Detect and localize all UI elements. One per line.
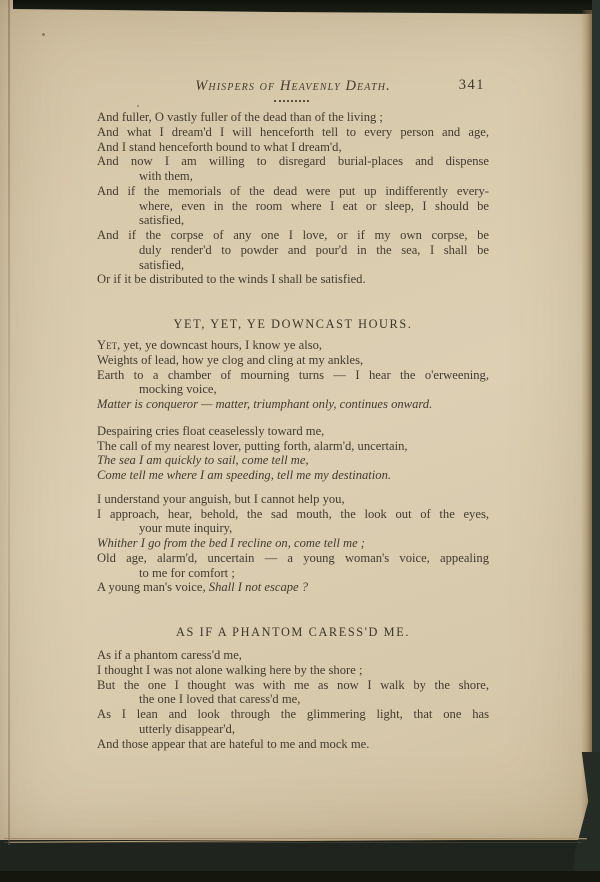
poem-line-segment: And if the corpse of any one I love, or … [97, 228, 489, 242]
poem-line-italic-segment: Come tell me where I am speeding, tell m… [97, 468, 391, 482]
poem-line-segment: I approach, hear, behold, the sad mouth,… [97, 507, 489, 521]
poem-text-block: And fuller, O vastly fuller of the dead … [97, 110, 489, 751]
poem-line-segment: Old age, alarm'd, uncertain — a young wo… [97, 551, 489, 565]
poem-line-segment: Yet [97, 338, 117, 352]
poem-line: I approach, hear, behold, the sad mouth,… [97, 507, 489, 522]
poem-line: And what I dream'd I will henceforth tel… [97, 125, 489, 140]
poem-line-segment: A young man's voice, [97, 580, 209, 594]
poem-line-segment: But the one I thought was with me as now… [97, 678, 489, 692]
poem-line: the one I loved that caress'd me, [97, 692, 489, 707]
poem-line-segment: And fuller, O vastly fuller of the dead … [97, 110, 383, 124]
running-header-row: Whispers of Heavenly Death. 341 [97, 77, 489, 95]
running-header-title: Whispers of Heavenly Death. [195, 78, 391, 94]
poem-line: with them, [97, 169, 489, 184]
poem-line: And if the corpse of any one I love, or … [97, 228, 489, 243]
poem-line: But the one I thought was with me as now… [97, 678, 489, 693]
poem-line: And now I am willing to disregard burial… [97, 154, 489, 169]
poem-stanza: Yet, yet, ye downcast hours, I know ye a… [97, 338, 489, 412]
stacked-page-edges [10, 838, 587, 875]
poem-line-segment: And if the memorials of the dead were pu… [97, 184, 489, 198]
poem-line-segment: Despairing cries float ceaselessly towar… [97, 424, 324, 438]
poem-line: The sea I am quickly to sail, come tell … [97, 453, 489, 468]
poem-line-segment: I thought I was not alone walking here b… [97, 663, 362, 677]
poem-line-segment: , yet, ye downcast hours, I know ye also… [117, 338, 322, 352]
poem-line: to me for comfort ; [97, 566, 489, 581]
poem-line: Old age, alarm'd, uncertain — a young wo… [97, 551, 489, 566]
poem-line-segment: satisfied, [139, 258, 184, 272]
poem-line-segment: to me for comfort ; [139, 566, 235, 580]
poem-line: Or if it be distributed to the winds I s… [97, 272, 489, 287]
poem-line-segment: As if a phantom caress'd me, [97, 648, 242, 662]
poem-line: your mute inquiry, [97, 521, 489, 536]
poem-line: The call of my nearest lover, putting fo… [97, 439, 489, 454]
poem-line-segment: utterly disappear'd, [139, 722, 235, 736]
poem-line: satisfied, [97, 213, 489, 228]
poem-stanza: I understand your anguish, but I cannot … [97, 492, 489, 595]
poem-line: satisfied, [97, 258, 489, 273]
poem-line: And fuller, O vastly fuller of the dead … [97, 110, 489, 125]
poem-line: Weights of lead, how ye clog and cling a… [97, 353, 489, 368]
poem-stanza: Despairing cries float ceaselessly towar… [97, 424, 489, 483]
poem-line-segment: And those appear that are hateful to me … [97, 737, 369, 751]
paper-speck [137, 105, 139, 107]
poem-line: Whither I go from the bed I recline on, … [97, 536, 489, 551]
poem-line: As if a phantom caress'd me, [97, 648, 489, 663]
poem-line-segment: the one I loved that caress'd me, [139, 692, 300, 706]
poem-line: Come tell me where I am speeding, tell m… [97, 468, 489, 483]
page-number: 341 [459, 77, 485, 94]
poem-line-segment: satisfied, [139, 213, 184, 227]
poem-stanza: As if a phantom caress'd me,I thought I … [97, 648, 489, 751]
poem-line-segment: As I lean and look through the glimmerin… [97, 707, 489, 721]
poem-line: As I lean and look through the glimmerin… [97, 707, 489, 722]
poem-line-segment: And I stand henceforth bound to what I d… [97, 140, 342, 154]
header-ornament-rule [274, 100, 309, 102]
poem-line: Despairing cries float ceaselessly towar… [97, 424, 489, 439]
poem-line: Earth to a chamber of mourning turns — I… [97, 368, 489, 383]
poem-line-italic-segment: Whither I go from the bed I recline on, … [97, 536, 365, 550]
page-gutter-crease [8, 0, 10, 845]
poem-line-segment: I understand your anguish, but I cannot … [97, 492, 345, 506]
poem-line: Matter is conqueror — matter, triumphant… [97, 397, 489, 412]
poem-line-segment: And now I am willing to disregard burial… [97, 154, 489, 168]
poem-line: where, even in the room where I eat or s… [97, 199, 489, 214]
poem-line: And those appear that are hateful to me … [97, 737, 489, 752]
poem-line: utterly disappear'd, [97, 722, 489, 737]
poem-line-segment: where, even in the room where I eat or s… [139, 199, 489, 213]
poem-line-italic-segment: Shall I not escape ? [209, 580, 308, 594]
poem-line-segment: And what I dream'd I will henceforth tel… [97, 125, 489, 139]
poem-line-italic-segment: The sea I am quickly to sail, come tell … [97, 453, 309, 467]
poem-line: And I stand henceforth bound to what I d… [97, 140, 489, 155]
poem-line-segment: Or if it be distributed to the winds I s… [97, 272, 366, 286]
poem-line: I thought I was not alone walking here b… [97, 663, 489, 678]
paper-speck [42, 33, 45, 36]
poem-title: YET, YET, YE DOWNCAST HOURS. [97, 317, 489, 332]
poem-line: I understand your anguish, but I cannot … [97, 492, 489, 507]
poem-line-segment: with them, [139, 169, 193, 183]
poem-line: mocking voice, [97, 382, 489, 397]
poem-line-segment: Weights of lead, how ye clog and cling a… [97, 353, 363, 367]
poem-line-segment: The call of my nearest lover, putting fo… [97, 439, 408, 453]
poem-line: duly render'd to powder and pour'd in th… [97, 243, 489, 258]
poem-line: Yet, yet, ye downcast hours, I know ye a… [97, 338, 489, 353]
poem-line-segment: your mute inquiry, [139, 521, 232, 535]
poem-line-segment: Earth to a chamber of mourning turns — I… [97, 368, 489, 382]
poem-line-segment: mocking voice, [139, 382, 217, 396]
poem-line-segment: duly render'd to powder and pour'd in th… [139, 243, 489, 257]
poem-line-italic-segment: Matter is conqueror — matter, triumphant… [97, 397, 432, 411]
poem-title: AS IF A PHANTOM CARESS'D ME. [97, 625, 489, 640]
binding-edge-bottom [0, 871, 600, 882]
binding-edge-right [592, 0, 600, 882]
poem-line: And if the memorials of the dead were pu… [97, 184, 489, 199]
poem-stanza: And fuller, O vastly fuller of the dead … [97, 110, 489, 287]
poem-line: A young man's voice, Shall I not escape … [97, 580, 489, 595]
